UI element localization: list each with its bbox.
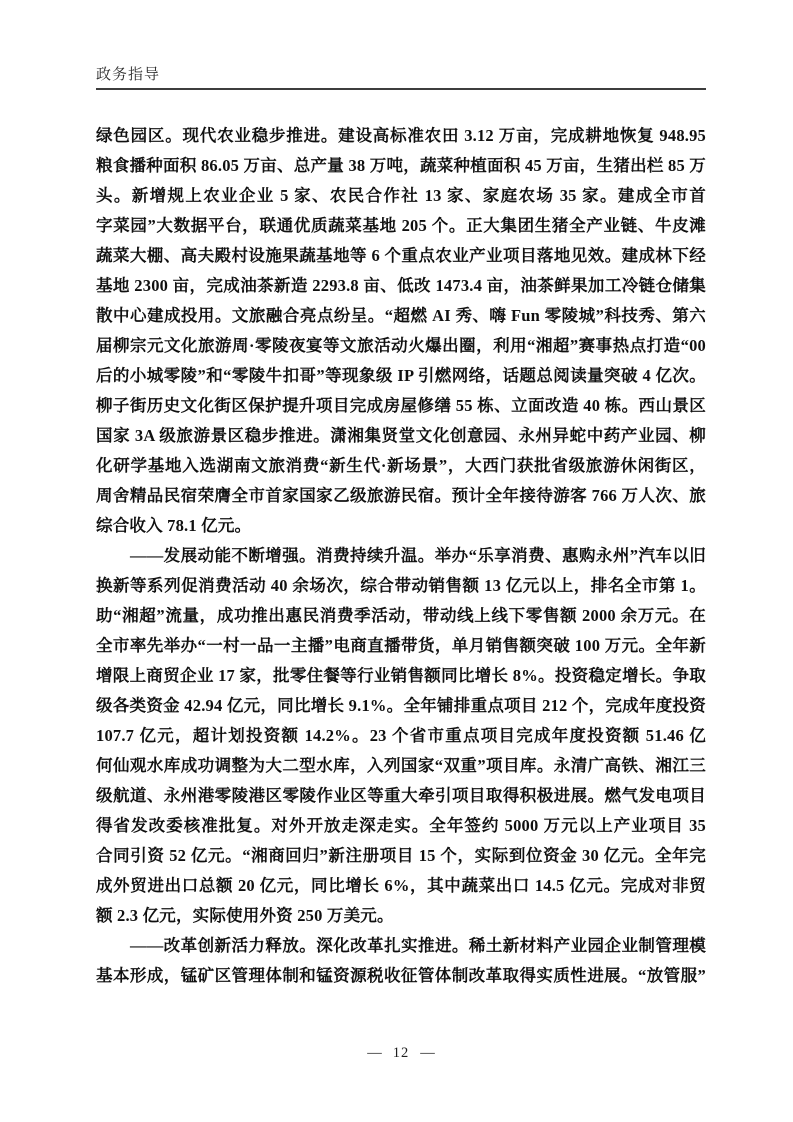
document-page: 政务指导 绿色园区。现代农业稳步推进。建设高标准农田 3.12 万亩，完成耕地恢…	[0, 0, 793, 1122]
text-line: ——发展动能不断增强。消费持续升温。举办“乐享消费、惠购永州”汽车以旧	[96, 541, 706, 571]
header-title: 政务指导	[96, 67, 706, 88]
text-line: 绿色园区。现代农业稳步推进。建设高标准农田 3.12 万亩，完成耕地恢复 948…	[96, 121, 706, 151]
text-line: 化研学基地入选湖南文旅消费“新生代·新场景”，大西门获批省级旅游休闲街区，	[96, 451, 706, 481]
paragraph: ——改革创新活力释放。深化改革扎实推进。稀土新材料产业园企业制管理模式基本形成，…	[96, 931, 706, 991]
text-line: 何仙观水库成功调整为大二型水库，入列国家“双重”项目库。永清广高铁、湘江三	[96, 751, 706, 781]
text-line: 粮食播种面积 86.05 万亩、总产量 38 万吨，蔬菜种植面积 45 万亩，生…	[96, 151, 706, 181]
text-line: 基本形成，锰矿区管理体制和锰资源税收征管体制改革取得实质性进展。“放管服”	[96, 961, 706, 991]
page-footer: —12—	[96, 1045, 706, 1062]
footer-dash-right: —	[420, 1045, 435, 1061]
text-line: 额 2.3 亿元，实际使用外资 250 万美元。	[96, 901, 706, 931]
page-number: 12	[393, 1045, 410, 1061]
text-line: 合同引资 52 亿元。“湘商回归”新注册项目 15 个，实际到位资金 30 亿元…	[96, 841, 706, 871]
paragraph: ——发展动能不断增强。消费持续升温。举办“乐享消费、惠购永州”汽车以旧换新等系列…	[96, 541, 706, 931]
paragraph: 绿色园区。现代农业稳步推进。建设高标准农田 3.12 万亩，完成耕地恢复 948…	[96, 121, 706, 541]
text-line: 散中心建成投用。文旅融合亮点纷呈。“超燃 AI 秀、嗨 Fun 零陵城”科技秀、…	[96, 301, 706, 331]
text-line: 后的小城零陵”和“零陵牛扣哥”等现象级 IP 引燃网络，话题总阅读量突破 4 亿…	[96, 361, 706, 391]
text-line: 成外贸进出口总额 20 亿元，同比增长 6%，其中蔬菜出口 14.5 亿元。完成…	[96, 871, 706, 901]
text-line: 蔬菜大棚、高夫殿村设施果蔬基地等 6 个重点农业产业项目落地见效。建成林下经济	[96, 241, 706, 271]
footer-dash-left: —	[367, 1045, 382, 1061]
text-line: ——改革创新活力释放。深化改革扎实推进。稀土新材料产业园企业制管理模式	[96, 931, 706, 961]
page-header: 政务指导	[96, 67, 706, 90]
text-line: 增限上商贸企业 17 家，批零住餐等行业销售额同比增长 8%。投资稳定增长。争取…	[96, 661, 706, 691]
text-line: 字菜园”大数据平台，联通优质蔬菜基地 205 个。正大集团生猪全产业链、牛皮滩村	[96, 211, 706, 241]
text-line: 全市率先举办“一村一品一主播”电商直播带货，单月销售额突破 100 万元。全年新	[96, 631, 706, 661]
text-line: 头。新增规上农业企业 5 家、农民合作社 13 家、家庭农场 35 家。建成全市…	[96, 181, 706, 211]
text-line: 级各类资金 42.94 亿元，同比增长 9.1%。全年铺排重点项目 212 个，…	[96, 691, 706, 721]
text-line: 换新等系列促消费活动 40 余场次，综合带动销售额 13 亿元以上，排名全市第 …	[96, 571, 706, 601]
text-line: 得省发改委核准批复。对外开放走深走实。全年签约 5000 万元以上产业项目 35…	[96, 811, 706, 841]
text-line: 周舍精品民宿荣膺全市首家国家乙级旅游民宿。预计全年接待游客 766 万人次、旅游	[96, 481, 706, 511]
text-line: 国家 3A 级旅游景区稳步推进。潇湘集贤堂文化创意园、永州异蛇中药产业园、柳文	[96, 421, 706, 451]
text-line: 届柳宗元文化旅游周·零陵夜宴等文旅活动火爆出圈，利用“湘超”赛事热点打造“00	[96, 331, 706, 361]
document-body: 绿色园区。现代农业稳步推进。建设高标准农田 3.12 万亩，完成耕地恢复 948…	[96, 121, 706, 991]
text-line: 基地 2300 亩，完成油茶新造 2293.8 亩、低改 1473.4 亩，油茶…	[96, 271, 706, 301]
header-rule	[96, 88, 706, 90]
text-line: 综合收入 78.1 亿元。	[96, 511, 706, 541]
text-line: 助“湘超”流量，成功推出惠民消费季活动，带动线上线下零售额 2000 余万元。在	[96, 601, 706, 631]
text-line: 级航道、永州港零陵港区零陵作业区等重大牵引项目取得积极进展。燃气发电项目取	[96, 781, 706, 811]
text-line: 107.7 亿元，超计划投资额 14.2%。23 个省市重点项目完成年度投资额 …	[96, 721, 706, 751]
text-line: 柳子街历史文化街区保护提升项目完成房屋修缮 55 栋、立面改造 40 栋。西山景…	[96, 391, 706, 421]
